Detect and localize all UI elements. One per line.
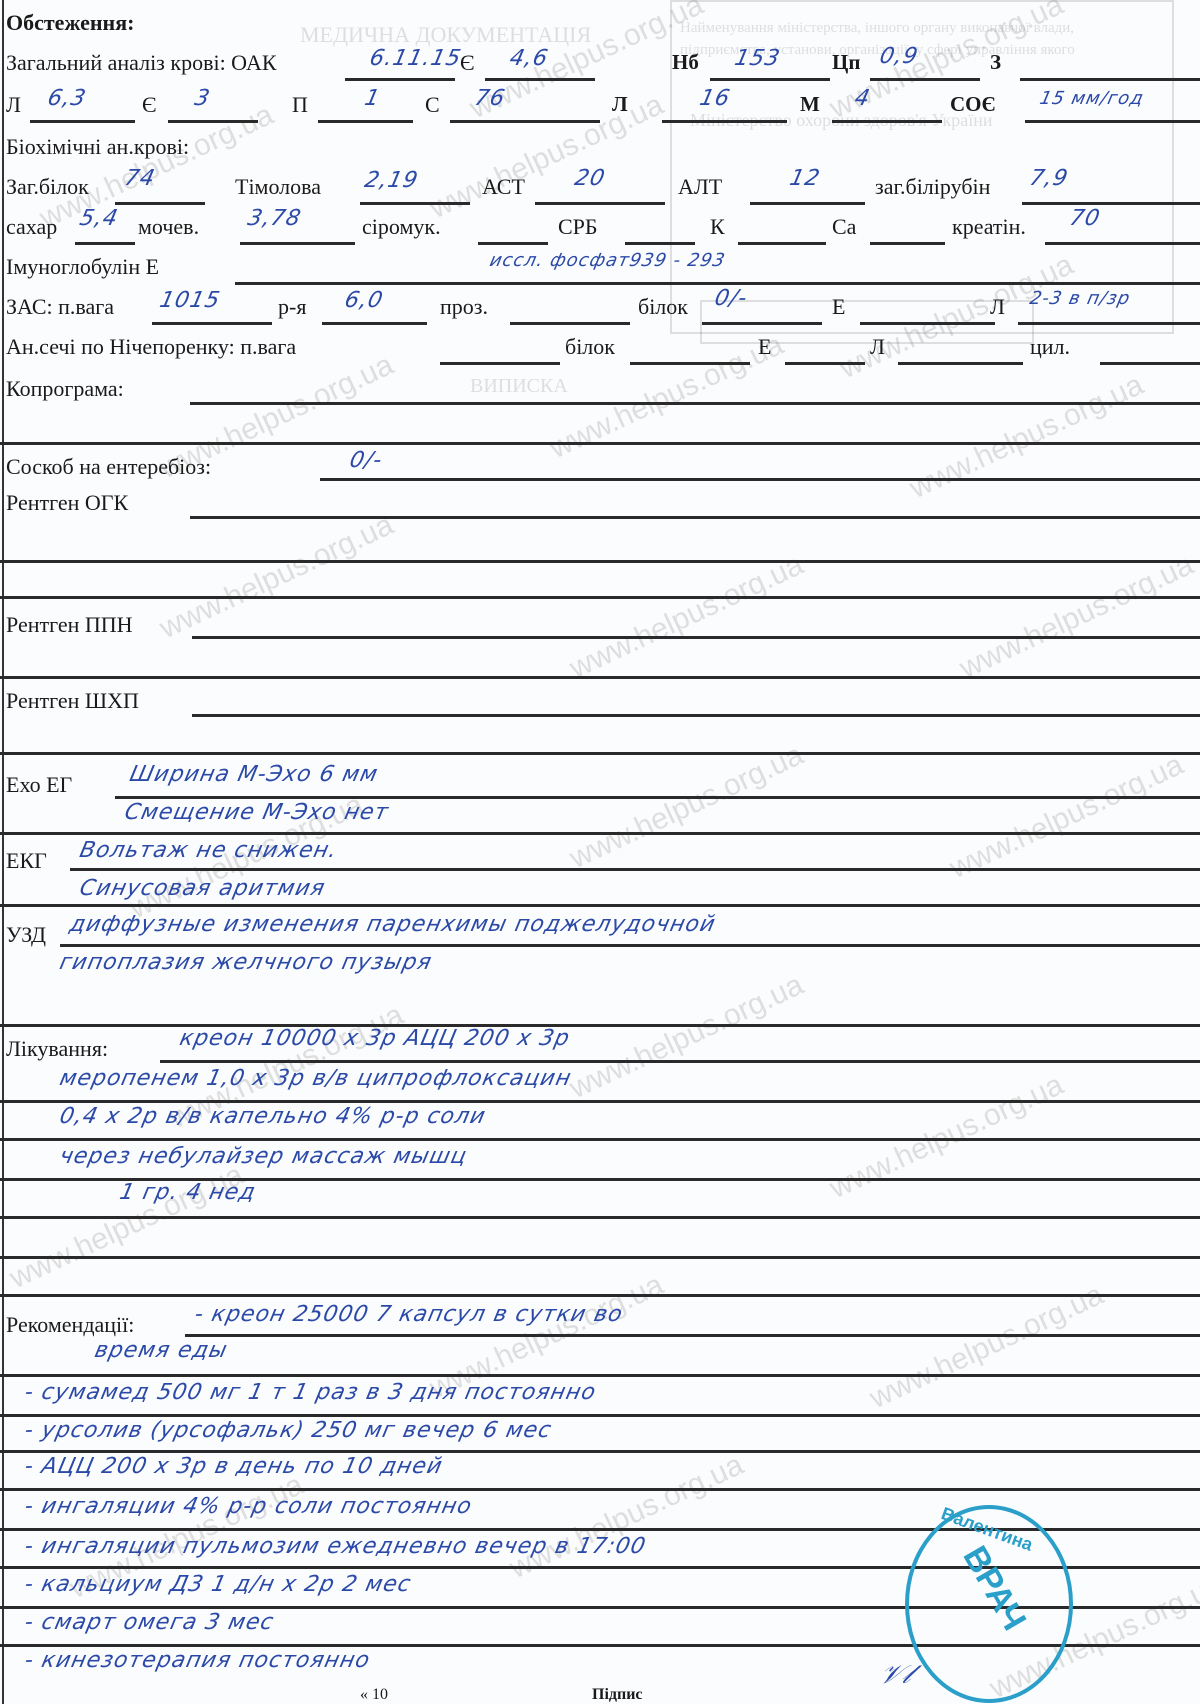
biochem-title: Біохімічні ан.крові:: [6, 134, 189, 160]
echo-eg-label: Ехо ЕГ: [6, 772, 72, 798]
k-label: К: [710, 214, 725, 240]
urea-value: 3,78: [245, 206, 303, 231]
lym-value: 16: [697, 86, 732, 111]
treatment-line-f: [0, 1256, 1200, 1259]
echo-eg-line-b: [0, 832, 1200, 835]
recommendations-label: Рекомендації:: [6, 1312, 134, 1338]
watermark: www.helpus.org.ua: [425, 88, 669, 226]
urine-l-line: [1018, 322, 1200, 325]
show-through-text: МЕДИЧНА ДОКУМЕНТАЦІЯ: [300, 22, 591, 48]
creatinine-value: 70: [1067, 206, 1102, 231]
urine-label: ЗАС: п.вага: [6, 294, 114, 320]
ige-value: иссл. фосфат939 - 293: [488, 250, 728, 271]
xray-ppn-line-2: [0, 676, 1200, 679]
coprogram-label: Копрограма:: [6, 376, 124, 402]
treatment-line-2: меропенем 1,0 х 3р в/в ципрофлоксацин: [57, 1066, 574, 1091]
ci-label: Цп: [832, 50, 860, 75]
ci-value: 0,9: [877, 44, 920, 69]
urine-reaction-value: 6,0: [342, 288, 385, 313]
footer-signature-label: Підпис: [592, 1686, 643, 1704]
seromucoid-label: сіромук.: [362, 214, 441, 240]
usd-line: [60, 944, 1200, 947]
z-label: З: [990, 50, 1001, 75]
sugar-label: сахар: [6, 214, 57, 240]
coprogram-line: [190, 402, 1200, 405]
echo-eg-line-1: Ширина М-Эхо 6 мм: [127, 762, 380, 787]
rbc-line: [485, 78, 595, 81]
usd-label: УЗД: [6, 922, 46, 948]
lym-line: [662, 120, 787, 123]
urine-protein-line: [702, 322, 822, 325]
rbc-value: 4,6: [507, 46, 550, 71]
ast-line: [535, 202, 665, 205]
recommendation-line: - кинезотерапия постоянно: [22, 1648, 372, 1673]
lym-label: Л: [612, 92, 628, 117]
hb-label: Нб: [672, 50, 699, 75]
recommendations-line: [0, 1414, 1200, 1417]
nechiporenko-sg-line: [440, 362, 560, 365]
band-line: [318, 120, 413, 123]
recommendation-line: - урсолив (урсофальк) 250 мг вечер 6 мес: [22, 1418, 554, 1443]
thymol-value: 2,19: [362, 168, 420, 193]
ige-label: Імуноглобулін Е: [6, 254, 159, 280]
mono-label: М: [800, 92, 820, 117]
watermark: www.helpus.org.ua: [155, 508, 399, 646]
esr-label: СОЄ: [950, 92, 996, 117]
cbc-date-line: [345, 78, 455, 81]
urine-clarity-label: проз.: [440, 294, 488, 320]
recommendations-line: [0, 1450, 1200, 1453]
seg-value: 76: [472, 86, 507, 111]
creatinine-line: [1045, 242, 1200, 245]
seromucoid-line: [478, 242, 548, 245]
alt-label: АЛТ: [678, 174, 722, 200]
wbc-line: [30, 120, 135, 123]
seg-label: С: [425, 92, 440, 118]
recommendation-line: - АЦЦ 200 х 3р в день по 10 дней: [22, 1454, 445, 1479]
ecg-line-1: Вольтаж не снижен.: [77, 838, 339, 863]
urine-clarity-line: [510, 322, 630, 325]
enterobiosis-line: [320, 478, 1200, 481]
k-line: [738, 242, 826, 245]
watermark: www.helpus.org.ua: [865, 1278, 1109, 1416]
xray-ppn-line: [192, 636, 1200, 639]
watermark: www.helpus.org.ua: [565, 738, 809, 876]
page-edge: [2, 0, 4, 1704]
hb-value: 153: [732, 46, 782, 71]
treatment-label: Лікування:: [6, 1036, 108, 1062]
xray-ogk-label: Рентген ОГК: [6, 490, 128, 516]
eos-value: 3: [192, 86, 212, 111]
doctor-signature: 𝒱𝓁: [877, 1660, 916, 1691]
z-line: [1020, 78, 1200, 81]
ci-line: [870, 78, 980, 81]
xray-ogk-line-2: [0, 560, 1200, 563]
nechiporenko-label: Ан.сечі по Нічепоренку: п.вага: [6, 334, 296, 360]
eos-line: [168, 120, 258, 123]
enterobiosis-value: 0/-: [347, 448, 385, 473]
urine-l-label: Л: [990, 294, 1005, 320]
nechiporenko-l-label: Л: [870, 334, 885, 360]
usd-line-1: диффузные изменения паренхимы поджелудоч…: [67, 912, 718, 937]
xray-ogk-line: [190, 516, 1200, 519]
urea-label: мочев.: [138, 214, 199, 240]
watermark: www.helpus.org.ua: [905, 368, 1149, 506]
urine-e-line: [860, 322, 995, 325]
rbc-label: Є: [460, 50, 475, 76]
recommendation-line: - смарт омега 3 мес: [22, 1610, 276, 1635]
echo-eg-line-2: Смещение М-Эхо нет: [122, 800, 391, 825]
creatinine-label: креатін.: [952, 214, 1026, 240]
treatment-line-c: [0, 1138, 1200, 1141]
treatment-line-4: через небулайзер массаж мышц: [57, 1144, 469, 1169]
treatment-line-5: 1 гр. 4 нед: [117, 1180, 258, 1205]
footer-date-fragment: « 10: [360, 1686, 388, 1704]
ecg-line: [70, 868, 1200, 871]
recommendation-line: - кальциум Д3 1 д/н х 2р 2 мес: [22, 1572, 413, 1597]
hb-line: [710, 78, 830, 81]
watermark: www.helpus.org.ua: [565, 968, 809, 1106]
nechiporenko-cyl-label: цил.: [1030, 334, 1070, 360]
eos-label: Є: [142, 92, 157, 118]
ast-value: 20: [572, 166, 607, 191]
treatment-line-1: креон 10000 х 3р АЦЦ 200 х 3р: [177, 1026, 572, 1051]
sugar-line: [75, 242, 135, 245]
recommendations-line: [0, 1374, 1200, 1377]
urea-line: [240, 242, 355, 245]
urine-e-label: Е: [832, 294, 845, 320]
recommendations-line: [185, 1334, 1200, 1337]
stamp-title: ВРАЧ: [955, 1540, 1034, 1638]
urine-sg-line: [152, 322, 272, 325]
thymol-line: [360, 202, 470, 205]
treatment-line: [160, 1060, 1200, 1063]
nechiporenko-e-label: Е: [758, 334, 771, 360]
doctor-stamp: Валентина ВРАЧ: [905, 1505, 1073, 1703]
band-value: 1: [362, 86, 382, 111]
treatment-line-g: [0, 1294, 1200, 1297]
recommendations-line: [0, 1488, 1200, 1491]
echo-eg-line: [115, 796, 1200, 799]
urine-protein-value: 0/-: [712, 286, 750, 311]
coprogram-line-2: [0, 442, 1200, 445]
wbc-value: 6,3: [45, 86, 88, 111]
bilirubin-value: 7,9: [1027, 166, 1070, 191]
ige-line: [235, 282, 1200, 285]
recommendation-line: - ингаляции пульмозим ежедневно вечер в …: [22, 1534, 648, 1559]
esr-line: [1025, 120, 1200, 123]
xray-ogk-line-3: [0, 596, 1200, 599]
ecg-line-b: [0, 904, 1200, 907]
watermark: www.helpus.org.ua: [955, 548, 1199, 686]
exam-title: Обстеження:: [6, 10, 134, 36]
alt-value: 12: [787, 166, 822, 191]
nechiporenko-cyl-line: [1100, 362, 1200, 365]
crp-label: СРБ: [558, 214, 598, 240]
xray-shkhp-line-2: [0, 752, 1200, 755]
mono-line: [832, 120, 942, 123]
treatment-line-3: 0,4 х 2р в/в капельно 4% р-р соли: [57, 1104, 488, 1129]
esr-value: 15 мм/год: [1038, 88, 1146, 109]
recommendation-line: время еды: [92, 1338, 230, 1363]
cbc-label: Загальний аналіз крові: ОАК: [6, 50, 277, 76]
urine-protein-label: білок: [638, 294, 688, 320]
xray-ppn-label: Рентген ППН: [6, 612, 133, 638]
watermark: www.helpus.org.ua: [945, 748, 1189, 886]
protein-label: Заг.білок: [6, 174, 89, 200]
ca-label: Са: [832, 214, 856, 240]
usd-line-b: [0, 1024, 1200, 1027]
xray-shkhp-label: Рентген ШХП: [6, 688, 139, 714]
thymol-label: Тімолова: [235, 174, 321, 200]
seg-line: [450, 120, 600, 123]
recommendation-line: - ингаляции 4% р-р соли постоянно: [22, 1494, 474, 1519]
nechiporenko-l-line: [898, 362, 1023, 365]
ast-label: АСТ: [482, 174, 525, 200]
wbc-label: Л: [6, 92, 21, 118]
ecg-line-2: Синусовая аритмия: [77, 876, 327, 901]
watermark: www.helpus.org.ua: [825, 1068, 1069, 1206]
nechiporenko-protein-label: білок: [565, 334, 615, 360]
urine-reaction-label: р-я: [278, 294, 306, 320]
nechiporenko-protein-line: [630, 362, 750, 365]
recommendation-line: - креон 25000 7 капсул в сутки во: [192, 1302, 625, 1327]
treatment-line-b: [0, 1100, 1200, 1103]
bilirubin-label: заг.білірубін: [875, 174, 990, 200]
bilirubin-line: [1022, 202, 1200, 205]
xray-shkhp-line: [192, 714, 1200, 717]
cbc-date-value: 6.11.15: [367, 46, 463, 71]
ecg-label: ЕКГ: [6, 848, 47, 874]
crp-line: [625, 242, 695, 245]
protein-value: 74: [122, 166, 157, 191]
discharge-form-page: Найменування міністерства, іншого органу…: [0, 0, 1200, 1704]
urine-reaction-line: [322, 322, 427, 325]
urine-sg-value: 1015: [157, 288, 222, 313]
band-label: П: [292, 92, 308, 118]
enterobiosis-label: Соскоб на ентеребіоз:: [6, 454, 211, 480]
watermark: www.helpus.org.ua: [565, 548, 809, 686]
show-through-text: ВИПИСКА: [470, 375, 568, 398]
sugar-value: 5,4: [77, 206, 120, 231]
protein-line: [115, 202, 205, 205]
urine-l-value: 2-3 в п/зр: [1028, 288, 1133, 309]
alt-line: [750, 202, 865, 205]
treatment-line-e: [0, 1216, 1200, 1219]
recommendation-line: - сумамед 500 мг 1 т 1 раз в 3 дня посто…: [22, 1380, 598, 1405]
nechiporenko-e-line: [785, 362, 865, 365]
usd-line-2: гипоплазия желчного пузыря: [57, 950, 434, 975]
ca-line: [870, 242, 945, 245]
